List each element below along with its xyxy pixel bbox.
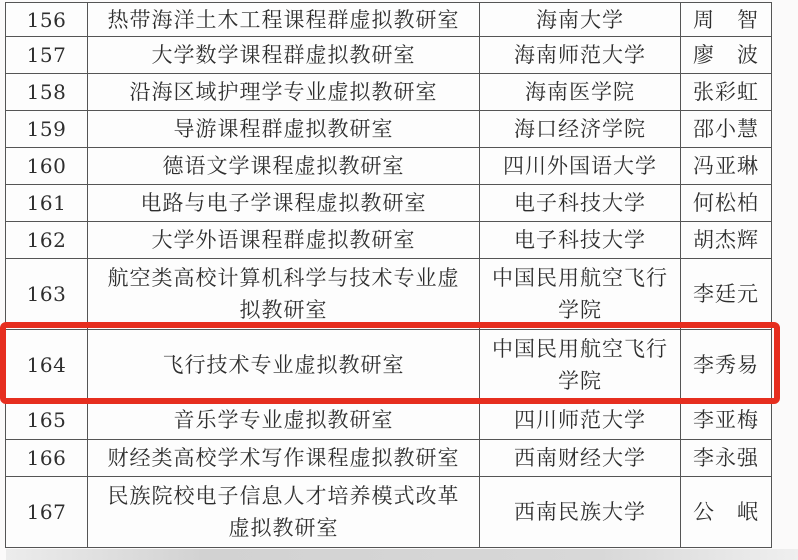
university-cell: 中国民用航空飞行学院 <box>480 259 681 330</box>
leader-name-cell: 李廷元 <box>681 259 772 330</box>
row-number-cell: 163 <box>6 259 88 330</box>
leader-name-cell: 廖 波 <box>681 37 772 74</box>
office-name-cell: 财经类高校学术写作课程虚拟教研室 <box>88 440 480 477</box>
table-row-highlighted: 164 飞行技术专业虚拟教研室 中国民用航空飞行学院 李秀易 <box>6 330 772 401</box>
bottom-edge-strip <box>6 549 798 560</box>
row-number-cell: 161 <box>6 185 88 222</box>
university-cell: 海口经济学院 <box>480 111 681 148</box>
row-number-cell: 156 <box>6 3 88 37</box>
university-cell: 西南财经大学 <box>480 440 681 477</box>
table-row: 167 民族院校电子信息人才培养模式改革虚拟教研室 西南民族大学 公 岷 <box>6 477 772 548</box>
office-name-cell: 大学外语课程群虚拟教研室 <box>88 222 480 259</box>
office-name-cell: 沿海区域护理学专业虚拟教研室 <box>88 74 480 111</box>
table-row: 156 热带海洋土木工程课程群虚拟教研室 海南大学 周 智 <box>6 3 772 37</box>
row-number-cell: 158 <box>6 74 88 111</box>
leader-name-cell: 周 智 <box>681 3 772 37</box>
row-number-cell: 167 <box>6 477 88 548</box>
table-row: 166 财经类高校学术写作课程虚拟教研室 西南财经大学 李永强 <box>6 440 772 477</box>
leader-name-cell: 李秀易 <box>681 330 772 401</box>
row-number-cell: 157 <box>6 37 88 74</box>
university-cell: 海南医学院 <box>480 74 681 111</box>
table-row: 158 沿海区域护理学专业虚拟教研室 海南医学院 张彩虹 <box>6 74 772 111</box>
row-number-cell: 160 <box>6 148 88 185</box>
leader-name-cell: 何松柏 <box>681 185 772 222</box>
office-name-cell: 热带海洋土木工程课程群虚拟教研室 <box>88 3 480 37</box>
university-cell: 海南师范大学 <box>480 37 681 74</box>
leader-name-cell: 冯亚琳 <box>681 148 772 185</box>
university-cell: 西南民族大学 <box>480 477 681 548</box>
approval-list-table: 156 热带海洋土木工程课程群虚拟教研室 海南大学 周 智 157 大学数学课程… <box>5 2 772 548</box>
office-name-cell: 电路与电子学课程虚拟教研室 <box>88 185 480 222</box>
university-cell: 电子科技大学 <box>480 222 681 259</box>
office-name-cell: 大学数学课程群虚拟教研室 <box>88 37 480 74</box>
university-cell: 电子科技大学 <box>480 185 681 222</box>
table-row: 157 大学数学课程群虚拟教研室 海南师范大学 廖 波 <box>6 37 772 74</box>
table-row: 160 德语文学课程虚拟教研室 四川外国语大学 冯亚琳 <box>6 148 772 185</box>
row-number-cell: 162 <box>6 222 88 259</box>
office-name-cell: 音乐学专业虚拟教研室 <box>88 401 480 440</box>
leader-name-cell: 李亚梅 <box>681 401 772 440</box>
university-cell: 海南大学 <box>480 3 681 37</box>
table-row: 162 大学外语课程群虚拟教研室 电子科技大学 胡杰辉 <box>6 222 772 259</box>
university-cell: 四川师范大学 <box>480 401 681 440</box>
leader-name-cell: 李永强 <box>681 440 772 477</box>
table-row: 159 导游课程群虚拟教研室 海口经济学院 邵小慧 <box>6 111 772 148</box>
office-name-cell: 航空类高校计算机科学与技术专业虚拟教研室 <box>88 259 480 330</box>
table-row: 161 电路与电子学课程虚拟教研室 电子科技大学 何松柏 <box>6 185 772 222</box>
leader-name-cell: 公 岷 <box>681 477 772 548</box>
row-number-cell: 164 <box>6 330 88 401</box>
table-row: 163 航空类高校计算机科学与技术专业虚拟教研室 中国民用航空飞行学院 李廷元 <box>6 259 772 330</box>
office-name-cell: 民族院校电子信息人才培养模式改革虚拟教研室 <box>88 477 480 548</box>
university-cell: 中国民用航空飞行学院 <box>480 330 681 401</box>
row-number-cell: 165 <box>6 401 88 440</box>
office-name-cell: 导游课程群虚拟教研室 <box>88 111 480 148</box>
row-number-cell: 159 <box>6 111 88 148</box>
office-name-cell: 飞行技术专业虚拟教研室 <box>88 330 480 401</box>
leader-name-cell: 胡杰辉 <box>681 222 772 259</box>
university-cell: 四川外国语大学 <box>480 148 681 185</box>
leader-name-cell: 张彩虹 <box>681 74 772 111</box>
leader-name-cell: 邵小慧 <box>681 111 772 148</box>
table-row: 165 音乐学专业虚拟教研室 四川师范大学 李亚梅 <box>6 401 772 440</box>
office-name-cell: 德语文学课程虚拟教研室 <box>88 148 480 185</box>
row-number-cell: 166 <box>6 440 88 477</box>
